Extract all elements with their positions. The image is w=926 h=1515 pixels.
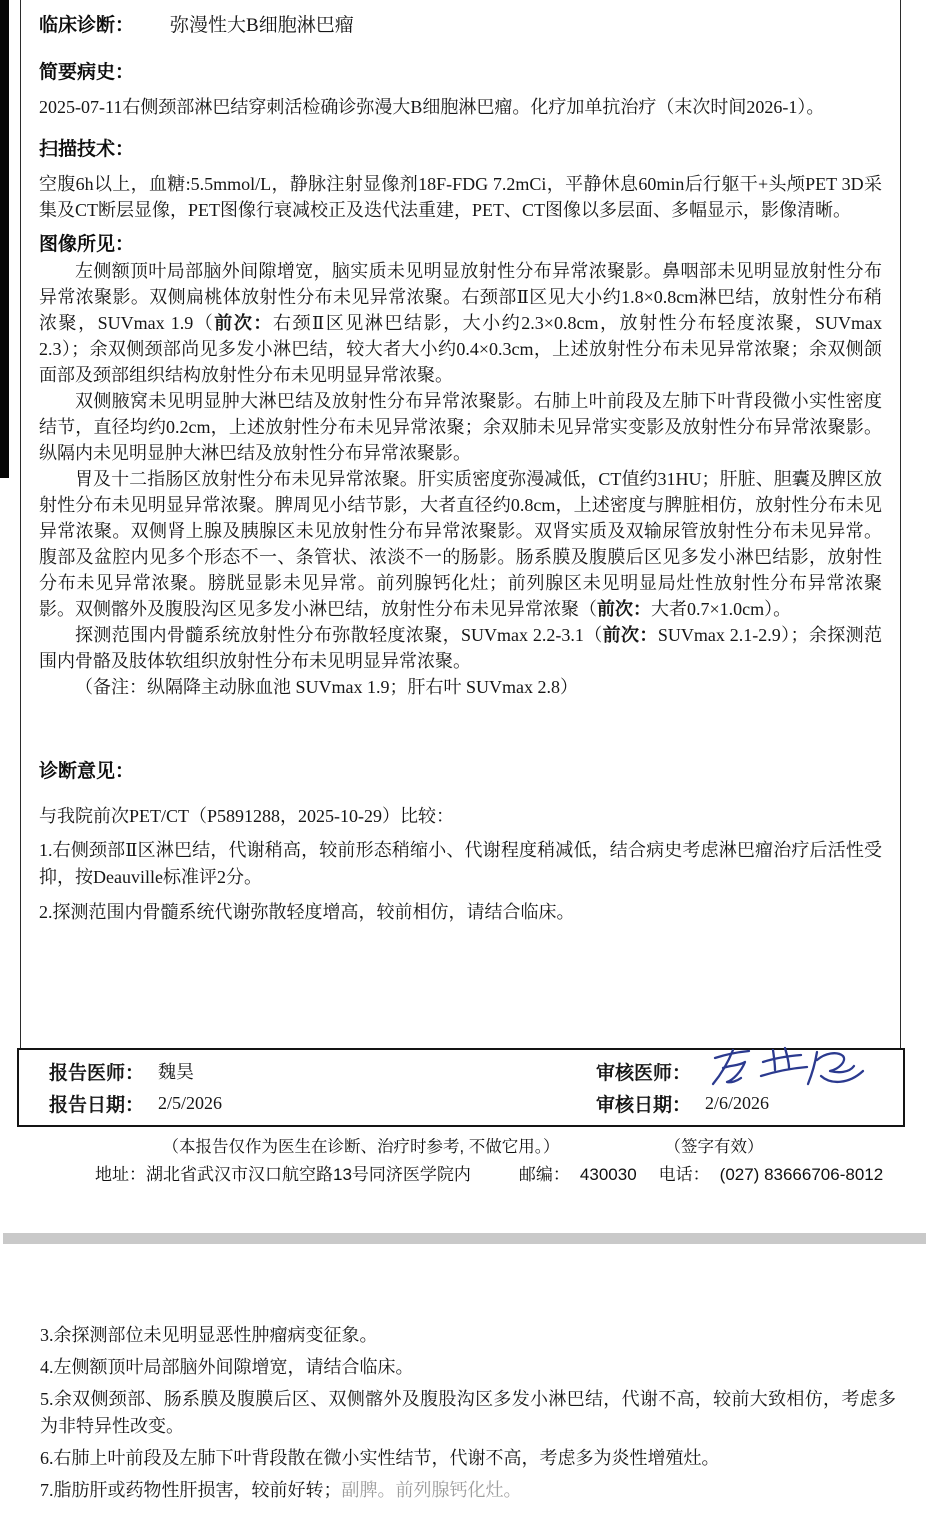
opinion-item: 2.探测范围内骨髓系统代谢弥散轻度增高，较前相仿，请结合临床。	[39, 899, 882, 926]
phone-label: 电话：	[659, 1160, 710, 1185]
review-date-cell: 审核日期： 2/6/2026	[596, 1090, 903, 1117]
text-segment: 5.余双侧颈部、肠系膜及腹膜后区、双侧髂外及腹股沟区多发小淋巴结，代谢不高，较前…	[40, 1389, 896, 1436]
report-date-label: 报告日期：	[49, 1090, 144, 1117]
opinion-intro: 与我院前次PET/CT（P5891288，2025-10-29）比较：	[39, 803, 882, 829]
section-heading-findings: 图像所见：	[39, 229, 882, 256]
review-date-value: 2/6/2026	[705, 1093, 769, 1114]
report-doctor-cell: 报告医师： 魏昊	[49, 1058, 596, 1085]
signoff-row-dates: 报告日期： 2/5/2026 审核日期： 2/6/2026	[19, 1090, 903, 1117]
clinical-diagnosis-value: 弥漫性大B细胞淋巴瘤	[170, 10, 354, 37]
section-heading-history: 简要病史：	[39, 57, 882, 84]
continuation-item: 4.左侧额顶叶局部脑外间隙增宽，请结合临床。	[40, 1354, 896, 1381]
report-date-value: 2/5/2026	[158, 1093, 222, 1114]
text-segment: 4.左侧额顶叶局部脑外间隙增宽，请结合临床。	[40, 1357, 414, 1377]
text-segment: 6.右肺上叶前段及左肺下叶背段散在微小实性结节，代谢不高，考虑多为炎性增殖灶。	[40, 1448, 720, 1468]
emphasis-text: 前次：	[597, 599, 651, 619]
continuation-item: 3.余探测部位未见明显恶性肿瘤病变征象。	[40, 1322, 896, 1349]
text-segment: 双侧腋窝未见明显肿大淋巴结及放射性分布异常浓聚影。右肺上叶前段及左肺下叶背段微小…	[39, 391, 882, 463]
postcode-value: 430030	[580, 1165, 637, 1185]
scan-artifact-strip	[0, 0, 9, 478]
clinical-diagnosis-row: 临床诊断： 弥漫性大B细胞淋巴瘤	[39, 10, 882, 37]
signature-valid-text: （签字有效）	[664, 1133, 763, 1157]
address-value: 湖北省武汉市汉口航空路13号同济医学院内	[146, 1160, 471, 1185]
review-date-label: 审核日期：	[596, 1090, 691, 1117]
page-divider-bar	[3, 1233, 926, 1244]
report-date-cell: 报告日期： 2/5/2026	[49, 1090, 596, 1117]
disclaimer-text: （本报告仅作为医生在诊断、治疗时参考, 不做它用。）	[163, 1133, 560, 1157]
clinical-diagnosis-label: 临床诊断：	[39, 10, 134, 37]
phone-value: (027) 83666706-8012	[720, 1165, 884, 1185]
section-heading-opinion: 诊断意见：	[39, 756, 882, 783]
continuation-item: 7.脂肪肝或药物性肝损害，较前好转；副脾。前列腺钙化灶。	[40, 1477, 896, 1504]
signature-icon	[705, 1040, 875, 1092]
section-heading-technique: 扫描技术：	[39, 134, 882, 161]
postcode-label: 邮编：	[519, 1160, 570, 1185]
findings-paragraph: 胃及十二指肠区放射性分布未见异常浓聚。肝实质密度弥漫减低，CT值约31HU；肝脏…	[39, 466, 882, 622]
address-line: 地址： 湖北省武汉市汉口航空路13号同济医学院内 邮编： 430030 电话： …	[95, 1160, 895, 1185]
signoff-row-doctors: 报告医师： 魏昊 审核医师：	[19, 1056, 903, 1086]
review-doctor-cell: 审核医师：	[596, 1056, 903, 1086]
findings-paragraph: 双侧腋窝未见明显肿大淋巴结及放射性分布异常浓聚影。右肺上叶前段及左肺下叶背段微小…	[39, 388, 882, 466]
continuation-item: 6.右肺上叶前段及左肺下叶背段散在微小实性结节，代谢不高，考虑多为炎性增殖灶。	[40, 1445, 896, 1472]
text-segment: 大者0.7×1.0cm）。	[651, 599, 791, 619]
text-segment: 3.余探测部位未见明显恶性肿瘤病变征象。	[40, 1325, 378, 1345]
faded-text: 副脾。前列腺钙化灶。	[342, 1480, 522, 1500]
signoff-box: 报告医师： 魏昊 审核医师：	[17, 1048, 905, 1127]
report-doctor-name: 魏昊	[158, 1058, 194, 1084]
report-page: { "colors": { "signature_ink": "#2b3a8f"…	[0, 0, 926, 1515]
emphasis-text: 前次：	[603, 625, 658, 645]
technique-text: 空腹6h以上，血糖:5.5mmol/L，静脉注射显像剂18F-FDG 7.2mC…	[39, 171, 882, 223]
continuation-item: 5.余双侧颈部、肠系膜及腹膜后区、双侧髂外及腹股沟区多发小淋巴结，代谢不高，较前…	[40, 1386, 896, 1440]
opinion-item: 1.右侧颈部Ⅱ区淋巴结，代谢稍高，较前形态稍缩小、代谢程度稍减低，结合病史考虑淋…	[39, 837, 882, 891]
findings-paragraph: 探测范围内骨髓系统放射性分布弥散轻度浓聚，SUVmax 2.2-3.1（前次：S…	[39, 622, 882, 674]
address-label: 地址：	[95, 1160, 146, 1185]
review-doctor-label: 审核医师：	[596, 1058, 691, 1085]
history-text: 2025-07-11右侧颈部淋巴结穿刺活检确诊弥漫大B细胞淋巴瘤。化疗加单抗治疗…	[39, 94, 882, 120]
text-segment: 7.脂肪肝或药物性肝损害，较前好转；	[40, 1480, 342, 1500]
disclaimer-line: （本报告仅作为医生在诊断、治疗时参考, 不做它用。） （签字有效）	[0, 1133, 926, 1157]
text-segment: 探测范围内骨髓系统放射性分布弥散轻度浓聚，SUVmax 2.2-3.1（	[75, 625, 603, 645]
findings-note: （备注：纵隔降主动脉血池 SUVmax 1.9；肝右叶 SUVmax 2.8）	[39, 674, 882, 700]
report-doctor-label: 报告医师：	[49, 1058, 144, 1085]
text-segment: （备注：纵隔降主动脉血池 SUVmax 1.9；肝右叶 SUVmax 2.8）	[75, 677, 578, 697]
continuation-list: 3.余探测部位未见明显恶性肿瘤病变征象。 4.左侧额顶叶局部脑外间隙增宽，请结合…	[40, 1322, 896, 1509]
report-main-box: 临床诊断： 弥漫性大B细胞淋巴瘤 简要病史： 2025-07-11右侧颈部淋巴结…	[20, 0, 901, 1049]
reviewer-signature-handwriting	[705, 1056, 875, 1086]
text-segment: 胃及十二指肠区放射性分布未见异常浓聚。肝实质密度弥漫减低，CT值约31HU；肝脏…	[39, 469, 882, 619]
emphasis-text: 前次：	[214, 313, 273, 333]
findings-paragraph: 左侧额顶叶局部脑外间隙增宽，脑实质未见明显放射性分布异常浓聚影。鼻咽部未见明显放…	[39, 258, 882, 388]
